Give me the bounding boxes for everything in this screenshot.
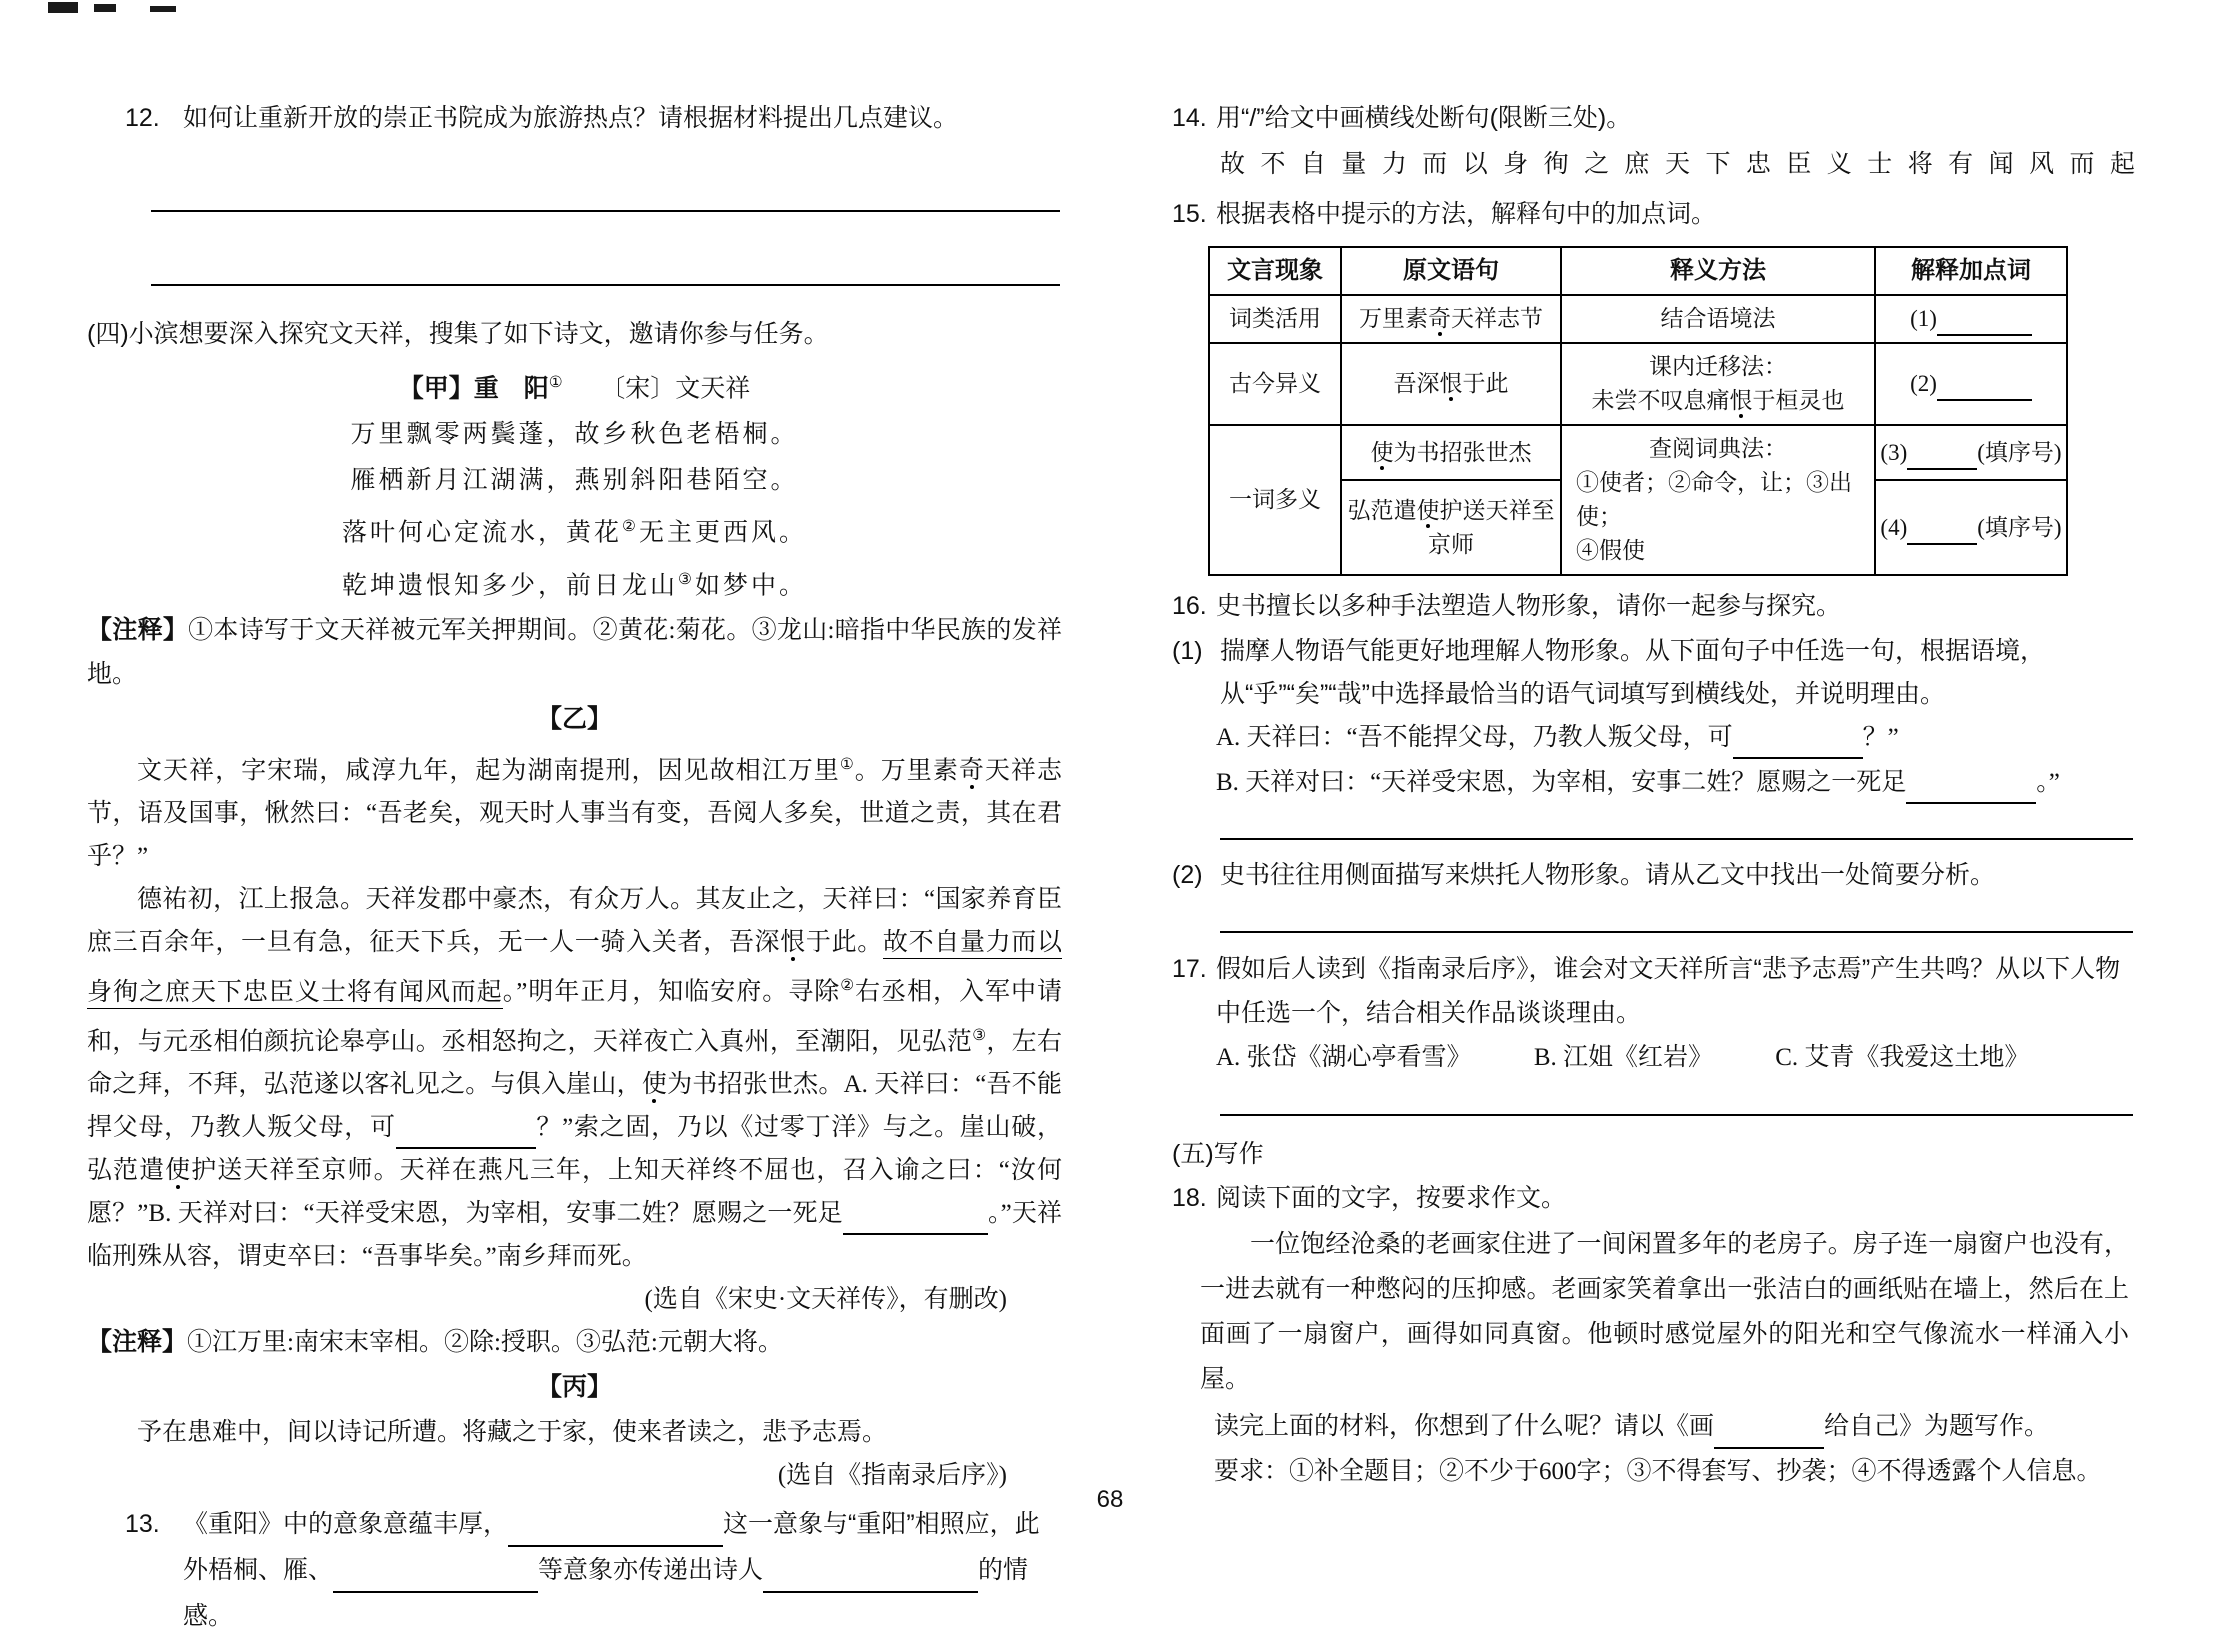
question-18-text: 阅读下面的文字，按要求作文。 xyxy=(1216,1184,1566,1212)
option-a-sentence: A. 天祥曰：“吾不能捍父母，乃教人叛父母，可？” xyxy=(1216,716,2135,759)
option-b: B. 江姐《红岩》 xyxy=(1534,1044,1713,1071)
section-5-heading: (五)写作 xyxy=(1172,1132,2135,1176)
question-13: 13. 《重阳》中的意象意蕴丰厚，这一意象与“重阳”相照应，此外梧桐、雁、等意象… xyxy=(125,1501,1062,1639)
answer-line xyxy=(151,210,1060,212)
question-16-1-number: (1) xyxy=(1172,630,1203,673)
question-12-text: 如何让重新开放的崇正书院成为旅游热点？请根据材料提出几点建议。 xyxy=(183,104,958,132)
passage-jia-title: 【甲】重 阳① 〔宋〕文天祥 xyxy=(87,360,1062,412)
poem-line-4: 乾坤遗恨知多少，前日龙山③如梦中。 xyxy=(87,557,1062,609)
question-15-text: 根据表格中提示的方法，解释句中的加点词。 xyxy=(1216,200,1716,228)
question-17-text: 假如后人读到《指南录后序》，谁会对文天祥所言“悲予志焉”产生共鸣？从以下人物中任… xyxy=(1216,955,2120,1027)
essay-prompt: 读完上面的材料，你想到了什么呢？请以《画给自己》为题写作。 xyxy=(1214,1404,2135,1449)
cell-answer-blank: (4)(填序号) xyxy=(1875,480,2067,575)
method-line: 课内迁移法： xyxy=(1566,350,1870,384)
cell-answer-blank: (3)(填序号) xyxy=(1875,425,2067,480)
cell-phenomenon: 词类活用 xyxy=(1209,295,1341,343)
scan-artifact xyxy=(150,6,176,12)
question-12: 12. 如何让重新开放的崇正书院成为旅游热点？请根据材料提出几点建议。 xyxy=(125,96,1062,140)
question-16-text: 史书擅长以多种手法塑造人物形象，请你一起参与探究。 xyxy=(1216,592,1841,620)
passage-yi-label: 【乙】 xyxy=(87,697,1062,743)
cell-method: 课内迁移法： 未尝不叹息痛恨于桓灵也 xyxy=(1561,343,1875,425)
cell-sentence: 使为书招张世杰 xyxy=(1341,425,1561,480)
col-header-method: 释义方法 xyxy=(1561,247,1875,295)
cell-sentence: 吾深恨于此 xyxy=(1341,343,1561,425)
col-header-explain-word: 解释加点词 xyxy=(1875,247,2067,295)
question-16: 16. 史书擅长以多种手法塑造人物形象，请你一起参与探究。 xyxy=(1172,584,2135,628)
method-line: 查阅词典法： xyxy=(1566,432,1870,466)
right-column: 14. 用“/”给文中画横线处断句(限断三处)。 故 不 自 量 力 而 以 身… xyxy=(1172,96,2135,1494)
passage-bing-label: 【丙】 xyxy=(87,1365,1062,1411)
method-line: 未尝不叹息痛恨于桓灵也 xyxy=(1566,384,1870,418)
scan-artifact xyxy=(48,2,78,13)
question-15-number: 15. xyxy=(1172,192,1207,236)
question-17: 17. 假如后人读到《指南录后序》，谁会对文天祥所言“悲予志焉”产生共鸣？从以下… xyxy=(1172,947,2135,1035)
table-header-row: 文言现象 原文语句 释义方法 解释加点词 xyxy=(1209,247,2067,295)
question-16-1: (1) 揣摩人物语气能更好地理解人物形象。从下面句子中任选一句，根据语境，从“乎… xyxy=(1172,630,2135,716)
word-explanation-table: 文言现象 原文语句 释义方法 解释加点词 词类活用 万里素奇天祥志节 结合语境法… xyxy=(1208,246,2068,576)
passage-jia-note: 【注释】①本诗写于文天祥被元军关押期间。②黄花:菊花。③龙山:暗指中华民族的发祥… xyxy=(87,609,1062,697)
table-row: 一词多义 使为书招张世杰 查阅词典法： ①使者；②命令，让；③出使； ④假使 (… xyxy=(1209,425,2067,480)
answer-line xyxy=(1220,1114,2133,1116)
table-row: 古今异义 吾深恨于此 课内迁移法： 未尝不叹息痛恨于桓灵也 (2) xyxy=(1209,343,2067,425)
cell-answer-blank: (2) xyxy=(1875,343,2067,425)
cell-phenomenon: 一词多义 xyxy=(1209,425,1341,575)
sentence-to-punctuate: 故 不 自 量 力 而 以 身 徇 之 庶 天 下 忠 臣 义 士 将 有 闻 … xyxy=(1220,142,2135,188)
answer-line xyxy=(151,284,1060,286)
question-14-number: 14. xyxy=(1172,96,1207,140)
cell-method: 查阅词典法： ①使者；②命令，让；③出使； ④假使 xyxy=(1561,425,1875,575)
cell-sentence: 弘范遣使护送天祥至京师 xyxy=(1341,480,1561,575)
cell-answer-blank: (1) xyxy=(1875,295,2067,343)
question-17-options: A. 张岱《湖心亭看雪》 B. 江姐《红岩》 C. 艾青《我爱这土地》 xyxy=(1216,1035,2135,1080)
section-4-heading: (四)小滨想要深入探究文天祥，搜集了如下诗文，邀请你参与任务。 xyxy=(87,312,1062,356)
question-16-2: (2) 史书往往用侧面描写来烘托人物形象。请从乙文中找出一处简要分析。 xyxy=(1172,854,2135,897)
passage-yi-note: 【注释】①江万里:南宋末宰相。②除:授职。③弘范:元朝大将。 xyxy=(87,1321,1062,1365)
passage-yi-paragraph-1: 文天祥，字宋瑞，咸淳九年，起为湖南提刑，因见故相江万里①。万里素奇天祥志节，语及… xyxy=(87,743,1062,878)
question-18-number: 18. xyxy=(1172,1176,1207,1220)
col-header-original-sentence: 原文语句 xyxy=(1341,247,1561,295)
scan-artifact xyxy=(94,4,116,12)
method-line: ①使者；②命令，让；③出使； xyxy=(1566,466,1870,534)
page-number: 68 xyxy=(0,1486,2220,1514)
answer-line xyxy=(1220,838,2133,840)
cell-phenomenon: 古今异义 xyxy=(1209,343,1341,425)
passage-bing-paragraph: 予在患难中，间以诗记所遭。将藏之于家，使来者读之，悲予志焉。 xyxy=(87,1411,1062,1454)
cell-sentence: 万里素奇天祥志节 xyxy=(1341,295,1561,343)
question-16-2-text: 史书往往用侧面描写来烘托人物形象。请从乙文中找出一处简要分析。 xyxy=(1220,861,1995,889)
question-16-1-text: 揣摩人物语气能更好地理解人物形象。从下面句子中任选一句，根据语境，从“乎”“矣”… xyxy=(1220,637,2045,708)
poem-line-2: 雁栖新月江湖满，燕别斜阳巷陌空。 xyxy=(87,458,1062,504)
question-16-number: 16. xyxy=(1172,584,1207,628)
passage-yi-citation: (选自《宋史·文天祥传》，有删改) xyxy=(87,1278,1062,1321)
cell-method: 结合语境法 xyxy=(1561,295,1875,343)
col-header-phenomenon: 文言现象 xyxy=(1209,247,1341,295)
question-15: 15. 根据表格中提示的方法，解释句中的加点词。 xyxy=(1172,192,2135,236)
option-b-sentence: B. 天祥对曰：“天祥受宋恩，为宰相，安事二姓？愿赐之一死足。” xyxy=(1216,761,2135,804)
question-18: 18. 阅读下面的文字，按要求作文。 xyxy=(1172,1176,2135,1220)
passage-yi-paragraph-2: 德祐初，江上报急。天祥发郡中豪杰，有众万人。其友止之，天祥曰：“国家养育臣庶三百… xyxy=(87,878,1062,1278)
option-a: A. 张岱《湖心亭看雪》 xyxy=(1216,1044,1472,1071)
poem-line-1: 万里飘零两鬓蓬，故乡秋色老梧桐。 xyxy=(87,412,1062,458)
question-17-number: 17. xyxy=(1172,947,1207,991)
method-line: ④假使 xyxy=(1566,534,1870,568)
question-14-text: 用“/”给文中画横线处断句(限断三处)。 xyxy=(1216,104,1631,132)
poem-line-3: 落叶何心定流水，黄花②无主更西风。 xyxy=(87,504,1062,556)
question-16-2-number: (2) xyxy=(1172,854,1203,897)
essay-material: 一位饱经沧桑的老画家住进了一间闲置多年的老房子。房子连一扇窗户也没有，一进去就有… xyxy=(1200,1222,2129,1402)
question-14: 14. 用“/”给文中画横线处断句(限断三处)。 xyxy=(1172,96,2135,140)
option-c: C. 艾青《我爱这土地》 xyxy=(1775,1044,2029,1071)
question-13-text: 《重阳》中的意象意蕴丰厚，这一意象与“重阳”相照应，此外梧桐、雁、等意象亦传递出… xyxy=(183,1510,1040,1630)
left-column: 12. 如何让重新开放的崇正书院成为旅游热点？请根据材料提出几点建议。 (四)小… xyxy=(87,96,1062,1639)
answer-line xyxy=(1220,931,2133,933)
question-12-number: 12. xyxy=(125,96,160,140)
table-row: 词类活用 万里素奇天祥志节 结合语境法 (1) xyxy=(1209,295,2067,343)
